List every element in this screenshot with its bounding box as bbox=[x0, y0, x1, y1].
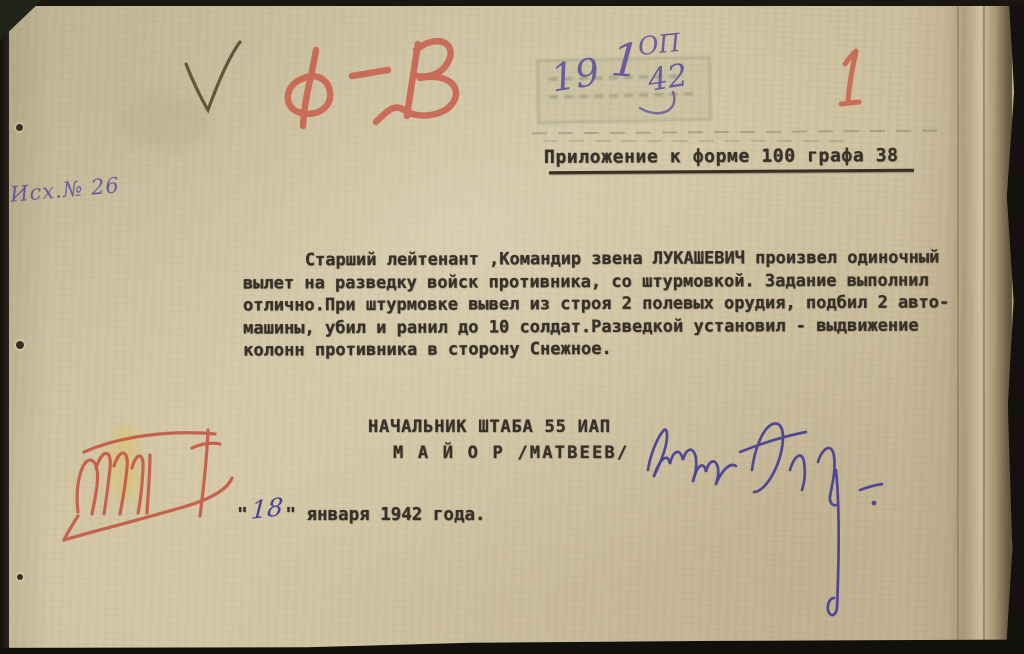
binding-hole bbox=[16, 341, 24, 349]
fold-crease bbox=[983, 0, 985, 654]
paper-sheet: Приложение к форме 100 графа 38 Старший … bbox=[0, 0, 1024, 654]
body-line: Старший лейтенант ,Командир звена ЛУКАШЕ… bbox=[243, 246, 949, 272]
blue-signature bbox=[648, 423, 882, 615]
scan-corner bbox=[0, 0, 42, 40]
date-rest: января 1942 года. bbox=[296, 505, 486, 525]
red-pencil-mark bbox=[288, 41, 456, 126]
handwritten-number-19: 19 bbox=[548, 49, 603, 100]
scan-edge-bottom bbox=[0, 638, 1024, 654]
red-signature bbox=[64, 430, 232, 540]
red-pencil-number bbox=[841, 51, 859, 104]
paper-stain bbox=[110, 426, 140, 500]
handwritten-number-42: 42 bbox=[645, 57, 690, 99]
paper-stain bbox=[120, 95, 210, 150]
signatory-rank-name: М А Й О Р /МАТВЕЕВ/ bbox=[393, 443, 629, 463]
paper-fold bbox=[946, 0, 1012, 654]
date-open-quote: " bbox=[237, 505, 248, 525]
document-header: Приложение к форме 100 графа 38 bbox=[544, 145, 899, 168]
body-line: машины, убил и ранил до 10 солдат.Развед… bbox=[243, 314, 949, 340]
body-line: вылет на разведку войск противника, со ш… bbox=[243, 269, 949, 295]
scan-edge-top bbox=[0, 0, 1024, 6]
body-line: отлично.При штурмовке вывел из строя 2 п… bbox=[243, 292, 949, 318]
binding-hole bbox=[16, 124, 23, 131]
date-line: "18" января 1942 года. bbox=[237, 497, 486, 526]
fold-crease bbox=[957, 0, 959, 654]
faint-dashed-line bbox=[532, 130, 940, 135]
binding-hole bbox=[17, 574, 23, 580]
checkmark-icon bbox=[186, 42, 240, 110]
faint-dashed-line bbox=[543, 140, 843, 142]
scan-edge-left bbox=[0, 0, 9, 654]
handwritten-op-mark: ОП bbox=[637, 28, 682, 61]
scanned-document: Приложение к форме 100 графа 38 Старший … bbox=[0, 0, 1024, 654]
handwritten-outgoing-number: Исх.№ 26 bbox=[9, 173, 121, 206]
signatory-title: НАЧАЛЬНИК ШТАБА 55 ИАП bbox=[368, 417, 611, 437]
header-underline bbox=[549, 169, 914, 175]
document-body: Старший лейтенант ,Командир звена ЛУКАШЕ… bbox=[243, 246, 950, 362]
handwritten-day: 18 bbox=[250, 492, 284, 525]
date-close-quote: " bbox=[285, 505, 296, 525]
body-line: колонн противника в сторону Снежное. bbox=[243, 337, 949, 363]
